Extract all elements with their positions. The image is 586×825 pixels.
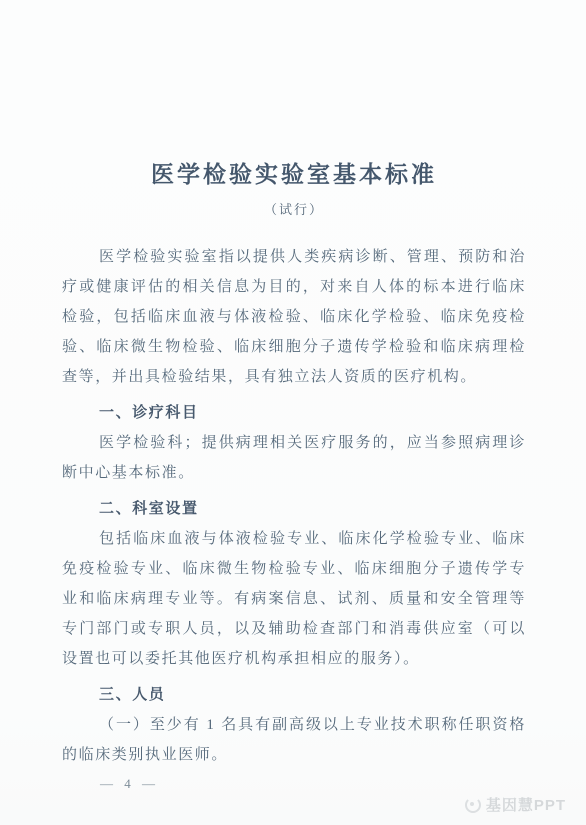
page-number: — 4 — bbox=[62, 770, 526, 798]
watermark-logo-icon bbox=[465, 797, 481, 813]
document-subtitle: （试行） bbox=[62, 199, 526, 218]
watermark-text: 基因慧PPT bbox=[486, 794, 566, 815]
watermark: 基因慧PPT bbox=[465, 794, 566, 815]
section-body-personnel: （一）至少有 1 名具有副高级以上专业技术职称任职资格的临床类别执业医师。 bbox=[62, 710, 526, 770]
section-body-diagnosis-subjects: 医学检验科；提供病理相关医疗服务的，应当参照病理诊断中心基本标准。 bbox=[62, 428, 526, 488]
section-heading-personnel: 三、人员 bbox=[62, 680, 526, 710]
intro-paragraph: 医学检验实验室指以提供人类疾病诊断、管理、预防和治疗或健康评估的相关信息为目的，… bbox=[62, 242, 526, 392]
section-heading-department-setup: 二、科室设置 bbox=[62, 494, 526, 524]
page-content: 医学检验实验室基本标准 （试行） 医学检验实验室指以提供人类疾病诊断、管理、预防… bbox=[62, 0, 526, 798]
document-title: 医学检验实验室基本标准 bbox=[62, 156, 526, 189]
scanned-document-page: 医学检验实验室基本标准 （试行） 医学检验实验室指以提供人类疾病诊断、管理、预防… bbox=[0, 0, 586, 825]
section-heading-diagnosis-subjects: 一、诊疗科目 bbox=[62, 398, 526, 428]
section-body-department-setup: 包括临床血液与体液检验专业、临床化学检验专业、临床免疫检验专业、临床微生物检验专… bbox=[62, 524, 526, 674]
